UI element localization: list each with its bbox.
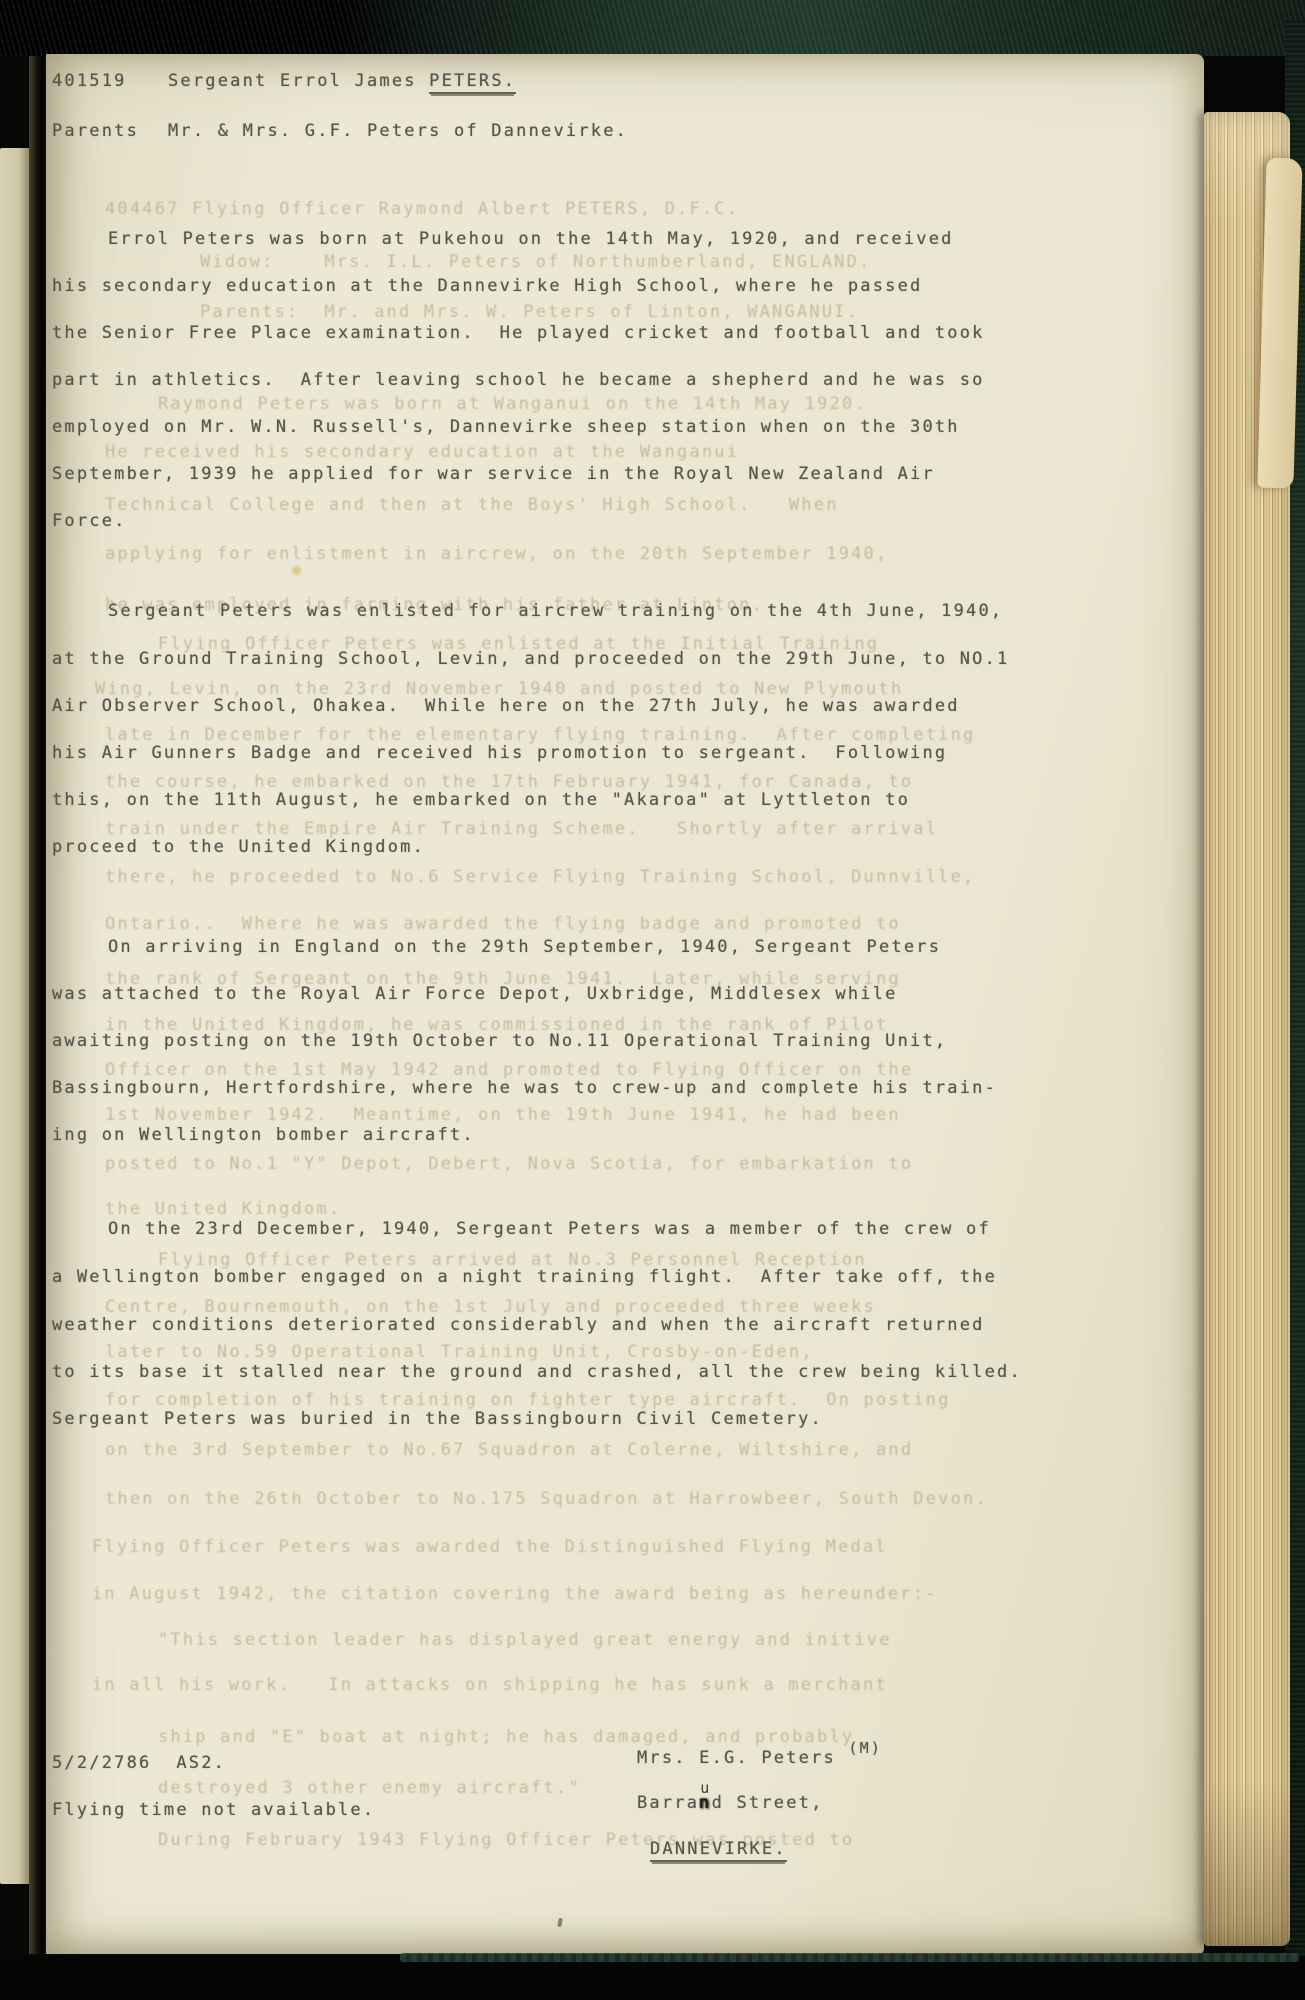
typed-line: ing on Wellington bomber aircraft.	[52, 1124, 475, 1146]
typed-line: weather conditions deteriorated consider…	[52, 1314, 985, 1336]
typed-line: the Senior Free Place examination. He pl…	[52, 322, 985, 344]
record-book: 404467 Flying Officer Raymond Albert PET…	[0, 0, 1305, 2000]
typed-line: Bassingbourn, Hertfordshire, where he wa…	[52, 1077, 997, 1099]
typed-line: Mr. & Mrs. G.F. Peters of Dannevirke.	[168, 120, 628, 142]
typed-line: DANNEVIRKE.	[650, 1838, 787, 1860]
typed-line: Flying time not available.	[52, 1799, 375, 1821]
typed-line: Sergeant Errol James PETERS.	[168, 70, 516, 92]
typed-line: 401519	[52, 70, 127, 92]
typed-line: Barranud Street,	[637, 1792, 824, 1814]
typed-line: Air Observer School, Ohakea. While here …	[52, 695, 960, 717]
typed-line: Parents	[52, 120, 139, 142]
typed-line: awaiting posting on the 19th October to …	[52, 1030, 947, 1052]
typed-text-layer: 401519Sergeant Errol James PETERS.Parent…	[0, 0, 1305, 2000]
typed-line: his secondary education at the Dannevirk…	[52, 275, 922, 297]
typed-line: Sergeant Peters was buried in the Bassin…	[52, 1408, 823, 1430]
paper-stain-spot	[292, 566, 301, 575]
typed-line: at the Ground Training School, Levin, an…	[52, 648, 1009, 670]
typed-line: a Wellington bomber engaged on a night t…	[52, 1266, 997, 1288]
typed-line: to its base it stalled near the ground a…	[52, 1361, 1022, 1383]
typed-line: On the 23rd December, 1940, Sergeant Pet…	[108, 1218, 991, 1240]
typed-line: his Air Gunners Badge and received his p…	[52, 742, 947, 764]
typed-line: Force.	[52, 510, 127, 532]
typed-line: proceed to the United Kingdom.	[52, 836, 425, 858]
typed-line: Errol Peters was born at Pukehou on the …	[108, 228, 954, 250]
typed-line: September, 1939 he applied for war servi…	[52, 463, 935, 485]
typed-line: was attached to the Royal Air Force Depo…	[52, 983, 898, 1005]
typed-line: 5/2/2786 AS2.	[52, 1752, 226, 1774]
typed-line: employed on Mr. W.N. Russell's, Dannevir…	[52, 416, 960, 438]
typed-line: Mrs. E.G. Peters (M)	[637, 1737, 882, 1769]
typed-line: On arriving in England on the 29th Septe…	[108, 936, 941, 958]
typed-line: this, on the 11th August, he embarked on…	[52, 789, 910, 811]
typed-line: Sergeant Peters was enlisted for aircrew…	[108, 600, 1003, 622]
typed-line: part in athletics. After leaving school …	[52, 369, 985, 391]
